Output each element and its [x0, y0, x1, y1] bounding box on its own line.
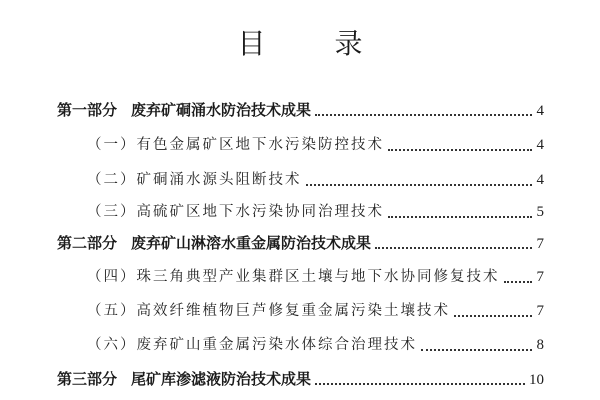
- page-number: 8: [536, 333, 544, 357]
- toc-entry-sub-6[interactable]: （六）废弃矿山重金属污染水体综合治理技术 8: [0, 333, 600, 357]
- leader-dots: [306, 183, 533, 186]
- entry-title: 废弃矿山重金属污染水体综合治理技术: [137, 337, 418, 353]
- entry-title: 珠三角典型产业集群区土壤与地下水协同修复技术: [137, 269, 500, 285]
- toc-entry-part-1[interactable]: 第一部分 废弃矿硐涌水防治技术成果 4: [0, 98, 600, 122]
- toc-entry-part-2[interactable]: 第二部分 废弃矿山淋溶水重金属防治技术成果 7: [0, 231, 600, 255]
- leader-dots: [388, 215, 532, 218]
- sub-label: （一）: [87, 137, 137, 153]
- entry-title: 废弃矿硐涌水防治技术成果: [131, 98, 311, 122]
- leader-dots: [388, 148, 532, 151]
- toc-entry-sub-1[interactable]: （一）有色金属矿区地下水污染防控技术 4: [0, 133, 600, 157]
- toc-entry-sub-5[interactable]: （五）高效纤维植物巨芦修复重金属污染土壤技术 7: [0, 299, 600, 323]
- part-label: 第一部分: [57, 98, 117, 122]
- entry-title: 高效纤维植物巨芦修复重金属污染土壤技术: [137, 303, 451, 319]
- page-number: 4: [536, 168, 544, 192]
- toc-entry-part-3[interactable]: 第三部分 尾矿库渗滤液防治技术成果 10: [0, 367, 600, 391]
- toc-entry-sub-3[interactable]: （三）高硫矿区地下水污染协同治理技术 5: [0, 200, 600, 224]
- page-number: 5: [536, 200, 544, 224]
- page-number: 4: [536, 133, 544, 157]
- entry-title: 高硫矿区地下水污染协同治理技术: [137, 204, 385, 220]
- part-label: 第三部分: [57, 367, 117, 391]
- sub-label: （三）: [87, 204, 137, 220]
- page-number: 4: [536, 99, 544, 123]
- page-number: 7: [536, 299, 544, 323]
- entry-title: 有色金属矿区地下水污染防控技术: [137, 137, 385, 153]
- leader-dots: [504, 280, 533, 283]
- sub-label: （六）: [87, 337, 137, 353]
- sub-label: （四）: [87, 269, 137, 285]
- leader-dots: [421, 348, 532, 351]
- toc-entry-sub-4[interactable]: （四）珠三角典型产业集群区土壤与地下水协同修复技术 7: [0, 265, 600, 289]
- page-number: 10: [529, 368, 544, 392]
- page-number: 7: [536, 232, 544, 256]
- leader-dots: [454, 314, 532, 317]
- sub-label: （五）: [87, 303, 137, 319]
- sub-label: （二）: [87, 172, 137, 188]
- entry-title: 尾矿库渗滤液防治技术成果: [131, 367, 311, 391]
- entry-title: 废弃矿山淋溶水重金属防治技术成果: [131, 231, 371, 255]
- part-label: 第二部分: [57, 231, 117, 255]
- toc-entry-sub-2[interactable]: （二）矿硐涌水源头阻断技术 4: [0, 168, 600, 192]
- leader-dots: [375, 246, 532, 249]
- leader-dots: [315, 113, 532, 116]
- page-number: 7: [536, 265, 544, 289]
- leader-dots: [315, 382, 525, 385]
- page-title: 目 录: [0, 26, 600, 62]
- entry-title: 矿硐涌水源头阻断技术: [137, 172, 302, 188]
